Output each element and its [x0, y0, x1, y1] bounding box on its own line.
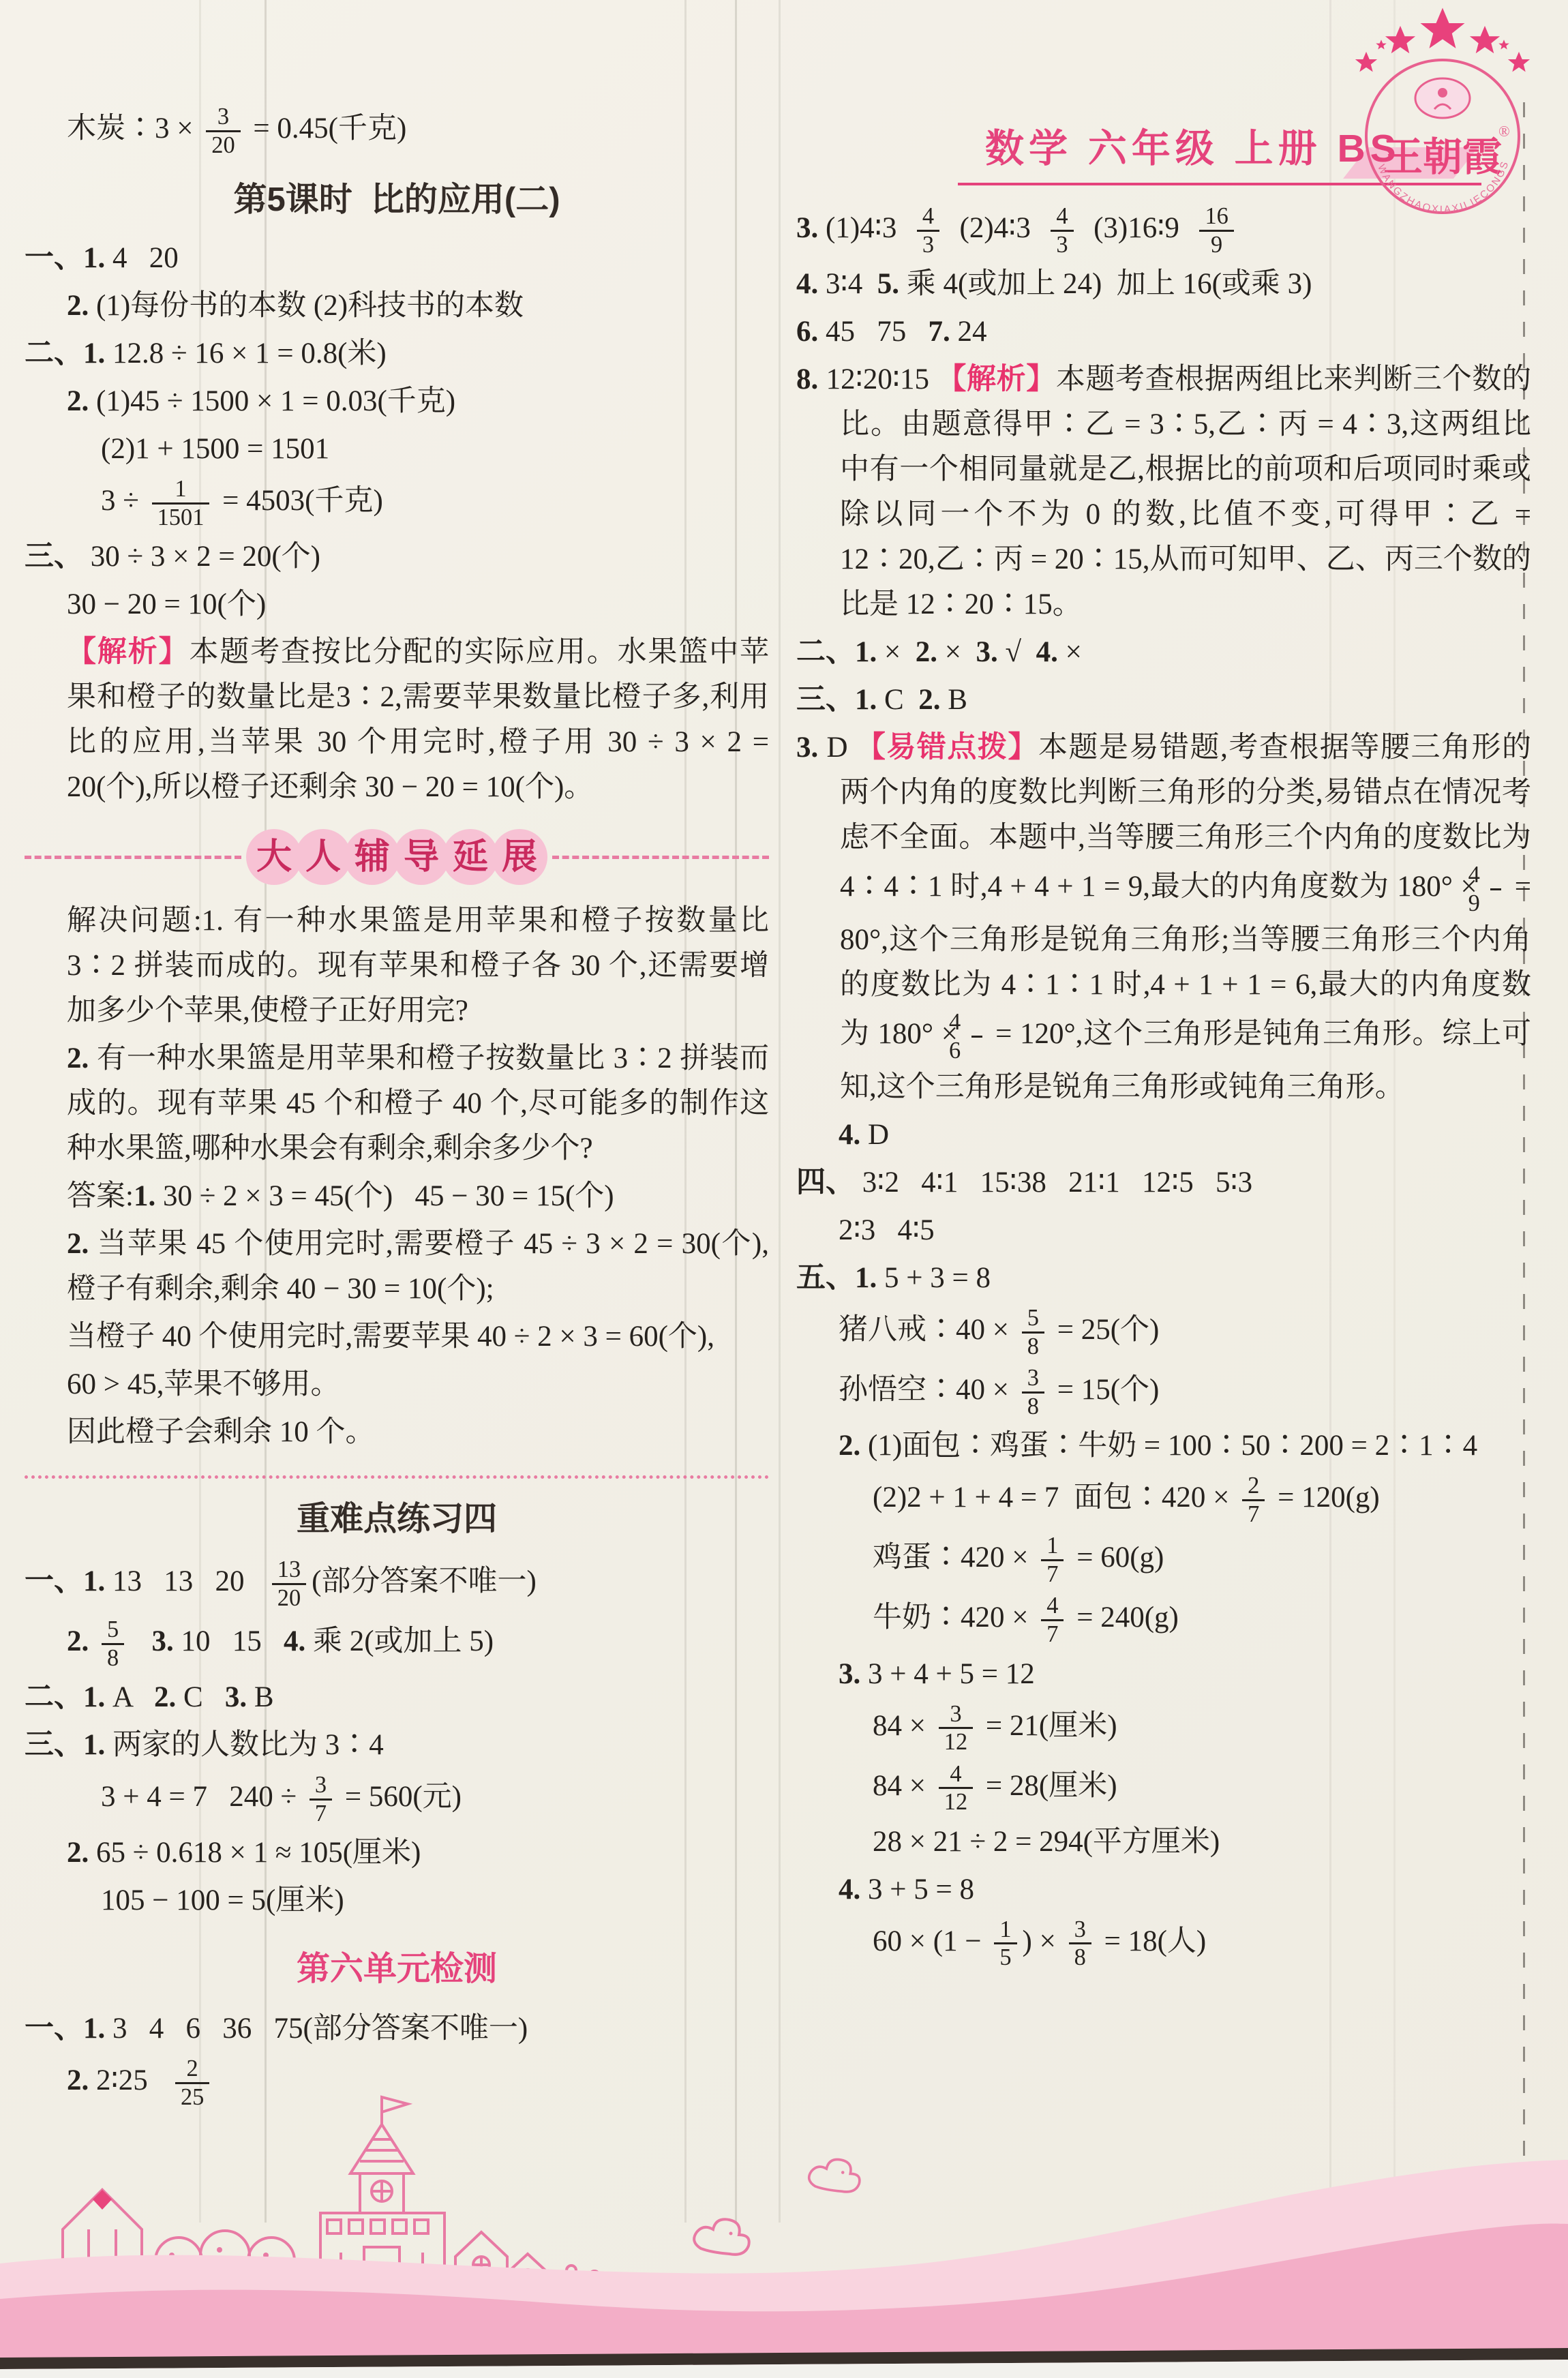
answer-line: 84 × 312 = 21(厘米) — [796, 1700, 1531, 1757]
answer-line: 当橙子 40 个使用完时,需要苹果 40 ÷ 2 × 3 = 60(个), — [25, 1314, 769, 1359]
fraction: 1320 — [272, 1556, 306, 1611]
fraction: 38 — [1069, 1916, 1091, 1971]
answer-line: 4. 3 + 5 = 8 — [796, 1867, 1531, 1912]
crease-line — [779, 0, 781, 2223]
answer-line: 五、1. 5 + 3 = 8 — [796, 1256, 1531, 1301]
stars-icon — [1355, 8, 1530, 72]
answer-line: 3. (1)4∶3 43 (2)4∶3 43 (3)16∶9 169 — [796, 202, 1531, 259]
answer-line: 二、1. A 2. C 3. B — [25, 1675, 769, 1720]
answer-line: 2. (1)每份书的本数 (2)科技书的本数 — [25, 284, 769, 329]
answer-line: 2. 65 ÷ 0.618 × 1 ≈ 105(厘米) — [25, 1831, 769, 1876]
fraction: 46 — [971, 1009, 982, 1064]
fraction: 37 — [310, 1772, 332, 1826]
answer-paragraph: 8. 12∶20∶15 【解析】本题考查根据两组比来判断三个数的比。由题意得甲∶… — [796, 357, 1531, 627]
answer-line: 3. 3 + 4 + 5 = 12 — [796, 1652, 1531, 1697]
section-heading: 第5课时 比的应用(二) — [25, 177, 769, 222]
fraction: 49 — [1490, 862, 1501, 916]
fraction: 58 — [1022, 1305, 1044, 1359]
answer-line: 鸡蛋∶420 × 17 = 60(g) — [796, 1531, 1531, 1589]
banner-title: 大人辅导延展 — [250, 829, 544, 885]
answer-line: 二、1. × 2. × 3. √ 4. × — [796, 630, 1531, 675]
right-answer-column: 3. (1)4∶3 43 (2)4∶3 43 (3)16∶9 1694. 3∶4… — [796, 202, 1531, 1975]
answer-line: 一、1. 13 13 20 1320(部分答案不唯一) — [25, 1555, 769, 1612]
callout-tag: 【易错点拨】 — [856, 732, 1038, 764]
answer-line: (2)1 + 1500 = 1501 — [25, 427, 769, 472]
bird-icon — [694, 2219, 749, 2255]
answer-line: 因此橙子会剩余 10 个。 — [25, 1410, 769, 1455]
answer-line: 4. 3∶4 5. 乘 4(或加上 24) 加上 16(或乘 3) — [796, 262, 1531, 307]
answer-line: 牛奶∶420 × 47 = 240(g) — [796, 1591, 1531, 1649]
section-heading: 重难点练习四 — [25, 1496, 769, 1541]
answer-line: 三、 30 ÷ 3 × 2 = 20(个) — [25, 535, 769, 580]
answer-line: (2)2 + 1 + 4 = 7 面包∶420 × 27 = 120(g) — [796, 1471, 1531, 1529]
answer-line: 三、1. 两家的人数比为 3∶4 — [25, 1723, 769, 1768]
answer-line: 105 − 100 = 5(厘米) — [25, 1878, 769, 1923]
answer-line: 2. (1)面包∶鸡蛋∶牛奶 = 100∶50∶200 = 2∶1∶4 — [796, 1424, 1531, 1469]
dashed-divider — [25, 1475, 769, 1479]
answer-line: 一、1. 4 20 — [25, 236, 769, 281]
answer-paragraph: 2. 当苹果 45 个使用完时,需要橙子 45 ÷ 3 × 2 = 30(个),… — [25, 1222, 769, 1312]
answer-line: 四、 3∶2 4∶1 15∶38 21∶1 12∶5 5∶3 — [796, 1160, 1531, 1205]
answer-line: 答案:1. 30 ÷ 2 × 3 = 45(个) 45 − 30 = 15(个) — [25, 1174, 769, 1219]
callout-tag: 【解析】 — [937, 363, 1055, 395]
fraction: 27 — [1242, 1473, 1265, 1527]
answer-paragraph: 2. 有一种水果篮是用苹果和橙子按数量比 3∶2 拼装而成的。现有苹果 45 个… — [25, 1036, 769, 1171]
registered-mark: ® — [1498, 123, 1510, 140]
fraction: 47 — [1041, 1593, 1064, 1647]
answer-paragraph: 3. D 【易错点拨】本题是易错题,考查根据等腰三角形的两个内角的度数比判断三角… — [796, 725, 1531, 1110]
fraction: 312 — [939, 1701, 973, 1756]
fraction: 43 — [1051, 203, 1073, 258]
fraction: 43 — [917, 203, 939, 258]
logo-emblem — [1415, 78, 1470, 118]
fraction: 17 — [1041, 1533, 1064, 1587]
brand-name: 王朝霞 — [1383, 135, 1502, 179]
answer-line: 6. 45 75 7. 24 — [796, 310, 1531, 355]
fraction: 412 — [939, 1761, 973, 1816]
answer-paragraph: 解决问题:1. 有一种水果篮是用苹果和橙子按数量比 3∶2 拼装而成的。现有苹果… — [25, 899, 769, 1034]
answer-line: 3 + 4 = 7 240 ÷ 37 = 560(元) — [25, 1771, 769, 1828]
fraction: 11501 — [152, 476, 210, 530]
answer-line: 60 × (1 − 15) × 38 = 18(人) — [796, 1915, 1531, 1972]
workbook-answer-page: 数学 六年级 上册 BS 王朝霞 ® WANGZHAOXIAXILIECONGS… — [0, 0, 1568, 2378]
footer-illustration — [0, 2085, 1568, 2378]
callout-tag: 【解析】 — [67, 636, 189, 668]
answer-line: 猪八戒∶40 × 58 = 25(个) — [796, 1304, 1531, 1361]
answer-paragraph: 【解析】本题考查按比分配的实际应用。水果篮中苹果和橙子的数量比是3∶2,需要苹果… — [25, 630, 769, 810]
answer-line: 84 × 412 = 28(厘米) — [796, 1760, 1531, 1817]
answer-line: 木炭∶3 × 320 = 0.45(千克) — [25, 102, 769, 160]
answer-line: 2. 58 3. 10 15 4. 乘 2(或加上 5) — [25, 1615, 769, 1672]
answer-line: 一、1. 3 4 6 36 75(部分答案不唯一) — [25, 2006, 769, 2051]
fraction: 38 — [1022, 1365, 1044, 1419]
answer-line: 3 ÷ 11501 = 4503(千克) — [25, 475, 769, 532]
section-heading: 第六单元检测 — [25, 1946, 769, 1991]
fraction: 320 — [206, 104, 240, 158]
brand-logo: 王朝霞 ® WANGZHAOXIAXILIECONGSHU — [1328, 3, 1557, 232]
answer-line: 60 > 45,苹果不够用。 — [25, 1362, 769, 1407]
fraction: 169 — [1199, 203, 1233, 258]
answer-line: 2∶3 4∶5 — [796, 1208, 1531, 1253]
answer-line: 28 × 21 ÷ 2 = 294(平方厘米) — [796, 1820, 1531, 1865]
section-banner: 大人辅导延展 — [25, 829, 769, 885]
banner-dash — [25, 856, 241, 859]
answer-line: 三、1. C 2. B — [796, 678, 1531, 723]
fraction: 15 — [994, 1916, 1016, 1971]
answer-line: 二、1. 12.8 ÷ 16 × 1 = 0.8(米) — [25, 331, 769, 376]
banner-dash — [552, 856, 769, 859]
answer-line: 30 − 20 = 10(个) — [25, 582, 769, 627]
left-answer-column: 木炭∶3 × 320 = 0.45(千克)第5课时 比的应用(二)一、1. 4 … — [25, 102, 769, 2114]
answer-line: 4. D — [796, 1113, 1531, 1158]
bird-icon — [809, 2159, 860, 2191]
answer-line: 孙悟空∶40 × 38 = 15(个) — [796, 1364, 1531, 1421]
fraction: 58 — [102, 1616, 124, 1671]
answer-line: 2. (1)45 ÷ 1500 × 1 = 0.03(千克) — [25, 379, 769, 424]
